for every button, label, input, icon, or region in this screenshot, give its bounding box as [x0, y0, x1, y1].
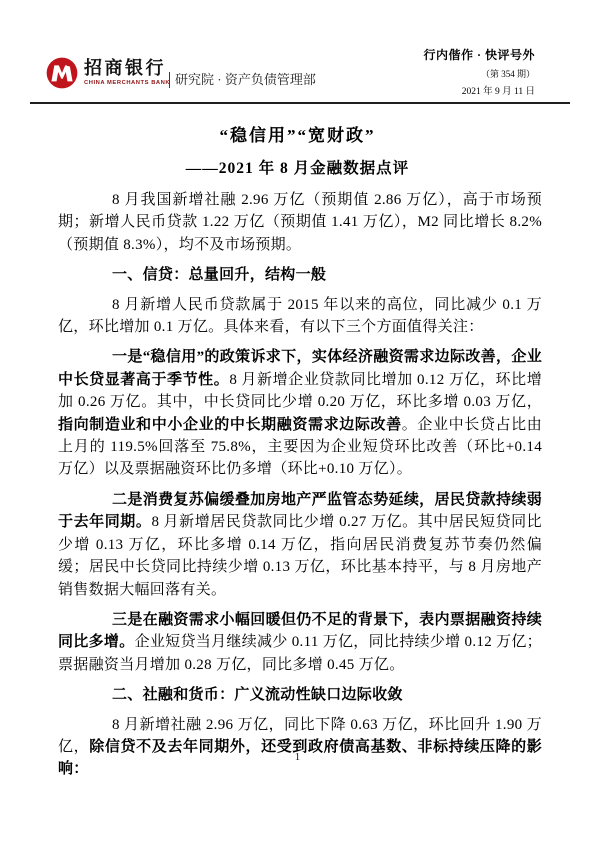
body-paragraph: 8 月新增人民币贷款属于 2015 年以来的高位，同比减少 0.1 万亿，环比增…: [58, 294, 542, 339]
doc-subtitle: ——2021 年 8 月金融数据点评: [0, 156, 595, 178]
body-paragraph: 8 月我国新增社融 2.96 万亿（预期值 2.86 万亿），高于市场预期；新增…: [58, 189, 542, 256]
body-paragraph: 8 月新增社融 2.96 万亿，同比下降 0.63 万亿，环比回升 1.90 万…: [58, 714, 542, 781]
department-label: 研究院 · 资产负债管理部: [169, 72, 316, 88]
text-segment: 8 月我国新增社融 2.96 万亿（预期值 2.86 万亿），高于市场预期；新增…: [58, 192, 542, 253]
body-paragraph: 二是消费复苏偏缓叠加房地产严监管态势延续，居民贷款持续弱于去年同期。8 月新增居…: [58, 489, 542, 601]
bold-text-segment: 二、社融和货币：广义流动性缺口边际收敛: [112, 687, 403, 703]
bold-text-segment: 指向制造业和中小企业的中长期融资需求边际改善: [58, 417, 402, 433]
issue-number: （第 354 期）: [423, 67, 535, 80]
text-segment: 8 月新增人民币贷款属于 2015 年以来的高位，同比减少 0.1 万亿，环比增…: [58, 297, 542, 335]
title-block: “稳信用”“宽财政” ——2021 年 8 月金融数据点评: [0, 121, 595, 178]
body-paragraph: 一是“稳信用”的政策诉求下，实体经济融资需求边际改善，企业中长贷显著高于季节性。…: [58, 346, 542, 480]
section-heading: 一、信贷：总量回升，结构一般: [58, 264, 542, 286]
doc-title: “稳信用”“宽财政”: [0, 121, 595, 146]
document-page: 招商银行 CHINA MERCHANTS BANK 研究院 · 资产负债管理部 …: [0, 0, 595, 842]
header-divider-rule: [30, 102, 570, 104]
section-heading: 二、社融和货币：广义流动性缺口边际收敛: [58, 684, 542, 706]
bold-text-segment: 一、信贷：总量回升，结构一般: [112, 267, 326, 283]
cmb-logo-icon: [46, 57, 78, 89]
page-number: 1: [0, 752, 595, 763]
issue-block: 行内偕作 · 快评号外 （第 354 期） 2021 年 9 月 11 日: [423, 46, 535, 97]
body-paragraph: 三是在融资需求小幅回暖但仍不足的背景下，表内票据融资持续同比多增。企业短贷当月继…: [58, 609, 542, 676]
series-label: 行内偕作 · 快评号外: [423, 46, 535, 63]
publish-date: 2021 年 9 月 11 日: [423, 83, 535, 97]
document-body: 8 月我国新增社融 2.96 万亿（预期值 2.86 万亿），高于市场预期；新增…: [58, 189, 542, 789]
